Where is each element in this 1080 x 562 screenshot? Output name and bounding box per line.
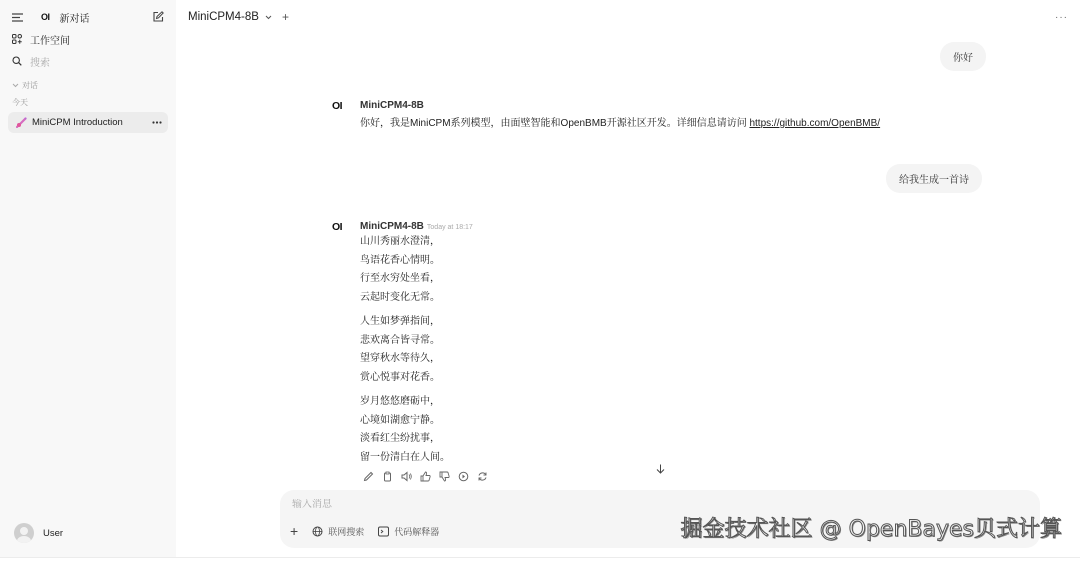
poem-line: 淡看红尘纷扰事，	[360, 430, 488, 449]
workspace-icon	[12, 34, 22, 44]
poem-line: 悲欢离合皆寻常。	[360, 332, 488, 351]
group-today-label: 今天	[4, 94, 172, 110]
model-avatar-icon: OI	[332, 221, 342, 233]
poem-line: 山川秀丽水澄清，	[360, 233, 488, 252]
poem-line: 行至水穷处坐看，	[360, 270, 488, 289]
chat-title: MiniCPM Introduction	[32, 117, 123, 128]
user-name: User	[43, 528, 63, 539]
edit-icon[interactable]	[362, 470, 374, 482]
poem-line: 岁月悠悠磨砺中，	[360, 393, 488, 412]
message-timestamp: Today at 18:17	[427, 224, 473, 231]
model-avatar-icon: OI	[332, 100, 342, 112]
code-interpreter-label: 代码解释器	[394, 525, 439, 538]
regenerate-icon[interactable]	[476, 470, 488, 482]
poem-line: 云起时变化无常。	[360, 289, 488, 308]
scroll-to-bottom-button[interactable]	[651, 460, 669, 478]
more-options-icon[interactable]	[152, 121, 162, 124]
message-content: 你好，我是MiniCPM系列模型，由面壁智能和OpenBMB开源社区开发。详细信…	[360, 118, 749, 129]
globe-icon	[312, 526, 323, 537]
poem-line: 人生如梦弹指间，	[360, 313, 488, 332]
poem-line: 赏心悦事对花香。	[360, 369, 488, 388]
topbar: MiniCPM4-8B + ···	[176, 0, 1080, 34]
chat-main: MiniCPM4-8B + ··· 你好 OI MiniCPM4-8B 你好，我…	[176, 0, 1080, 557]
chat-emoji-icon	[16, 117, 27, 128]
message-input[interactable]	[292, 499, 992, 510]
chats-section-label: 对话	[22, 80, 38, 91]
poem-stanza: 岁月悠悠磨砺中， 心境如湖愈宁静。 淡看红尘纷扰事， 留一份清白在人间。	[360, 393, 488, 467]
workspace-label: 工作空间	[30, 32, 70, 47]
sidebar-item-workspace[interactable]: 工作空间	[4, 28, 172, 50]
chat-item[interactable]: MiniCPM Introduction	[8, 112, 168, 133]
code-interpreter-toggle[interactable]: 代码解释器	[378, 525, 439, 538]
continue-icon[interactable]	[457, 470, 469, 482]
search-placeholder: 搜索	[30, 54, 50, 69]
web-search-label: 联网搜索	[328, 525, 364, 538]
user-message: 给我生成一首诗	[886, 164, 982, 193]
message-text: 你好，我是MiniCPM系列模型，由面壁智能和OpenBMB开源社区开发。详细信…	[360, 114, 880, 129]
chats-section-toggle[interactable]: 对话	[4, 76, 172, 94]
search-icon	[12, 56, 22, 66]
poem-line: 望穿秋水等待久，	[360, 350, 488, 369]
new-chat-edit-icon[interactable]	[152, 11, 164, 23]
sidebar-search[interactable]: 搜索	[4, 50, 172, 72]
watermark: 掘金技术社区 @ OpenBayes贝式计算	[681, 512, 1062, 543]
app-window: OI 新对话 工作空间 搜索 对话 今天	[0, 0, 1080, 558]
message-actions	[362, 470, 488, 482]
model-name-text: MiniCPM4-8B	[360, 221, 424, 232]
menu-icon[interactable]	[12, 13, 23, 22]
terminal-icon	[378, 526, 389, 537]
poem-line: 留一份清白在人间。	[360, 449, 488, 468]
poem-line: 鸟语花香心情明。	[360, 252, 488, 271]
model-name: MiniCPM4-8B	[188, 11, 259, 23]
poem-line: 心境如湖愈宁静。	[360, 412, 488, 431]
copy-icon[interactable]	[381, 470, 393, 482]
sidebar-header: OI 新对话	[4, 6, 172, 28]
add-model-icon[interactable]: +	[282, 10, 289, 24]
new-chat-label[interactable]: 新对话	[60, 10, 90, 25]
user-profile[interactable]: User	[14, 523, 63, 543]
model-name: MiniCPM4-8B	[360, 100, 880, 111]
composer-tools: + 联网搜索 代码解释器	[290, 523, 439, 539]
thumbs-down-icon[interactable]	[438, 470, 450, 482]
assistant-message: OI MiniCPM4-8BToday at 18:17 山川秀丽水澄清， 鸟语…	[332, 221, 488, 482]
poem-stanza: 山川秀丽水澄清， 鸟语花香心情明。 行至水穷处坐看， 云起时变化无常。	[360, 233, 488, 307]
chevron-down-icon	[12, 83, 19, 88]
github-link[interactable]: https://github.com/OpenBMB/	[749, 118, 880, 129]
read-aloud-icon[interactable]	[400, 470, 412, 482]
avatar	[14, 523, 34, 543]
assistant-message: OI MiniCPM4-8B 你好，我是MiniCPM系列模型，由面壁智能和Op…	[332, 100, 880, 129]
app-logo: OI	[41, 12, 50, 22]
model-selector[interactable]: MiniCPM4-8B +	[188, 10, 289, 24]
add-attachment-button[interactable]: +	[290, 523, 298, 539]
thumbs-up-icon[interactable]	[419, 470, 431, 482]
user-message: 你好	[940, 42, 986, 71]
chat-menu-button[interactable]: ···	[1055, 12, 1068, 23]
poem-stanza: 人生如梦弹指间， 悲欢离合皆寻常。 望穿秋水等待久， 赏心悦事对花香。	[360, 313, 488, 387]
web-search-toggle[interactable]: 联网搜索	[312, 525, 364, 538]
chevron-down-icon	[265, 15, 272, 20]
model-name: MiniCPM4-8BToday at 18:17	[360, 221, 488, 232]
sidebar: OI 新对话 工作空间 搜索 对话 今天	[0, 0, 176, 557]
